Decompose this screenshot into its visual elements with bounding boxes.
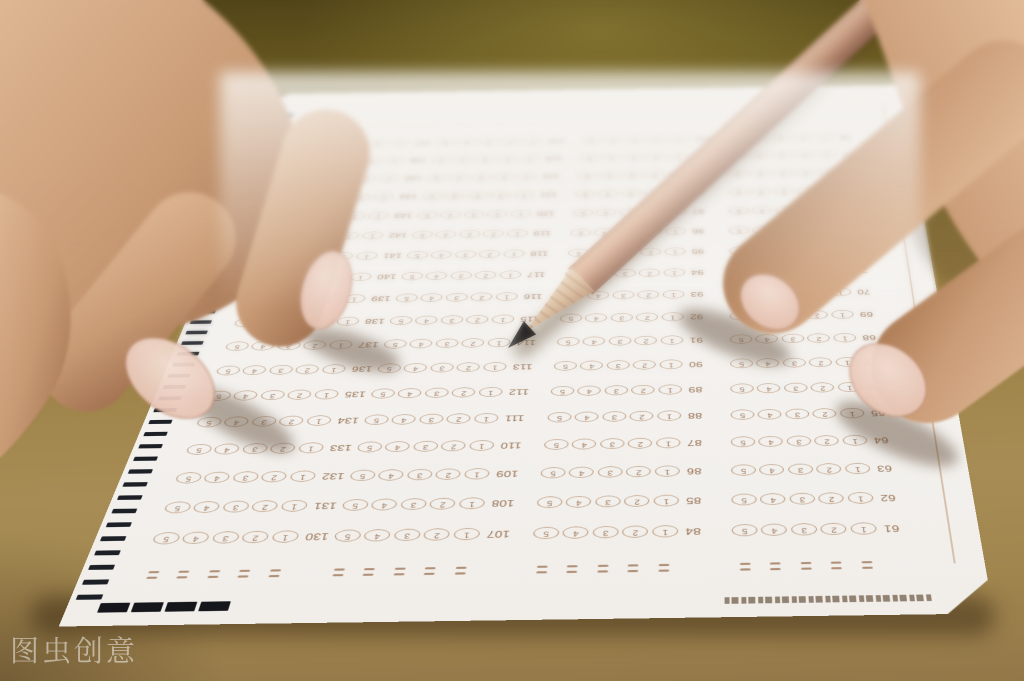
right-hand — [703, 0, 1024, 445]
watermark-text: 图虫创意 — [10, 629, 138, 670]
photo-scene: 6112345621234563123456412345651234566123… — [0, 0, 1024, 681]
hands-layer — [0, 0, 1024, 681]
left-hand — [0, 0, 381, 462]
